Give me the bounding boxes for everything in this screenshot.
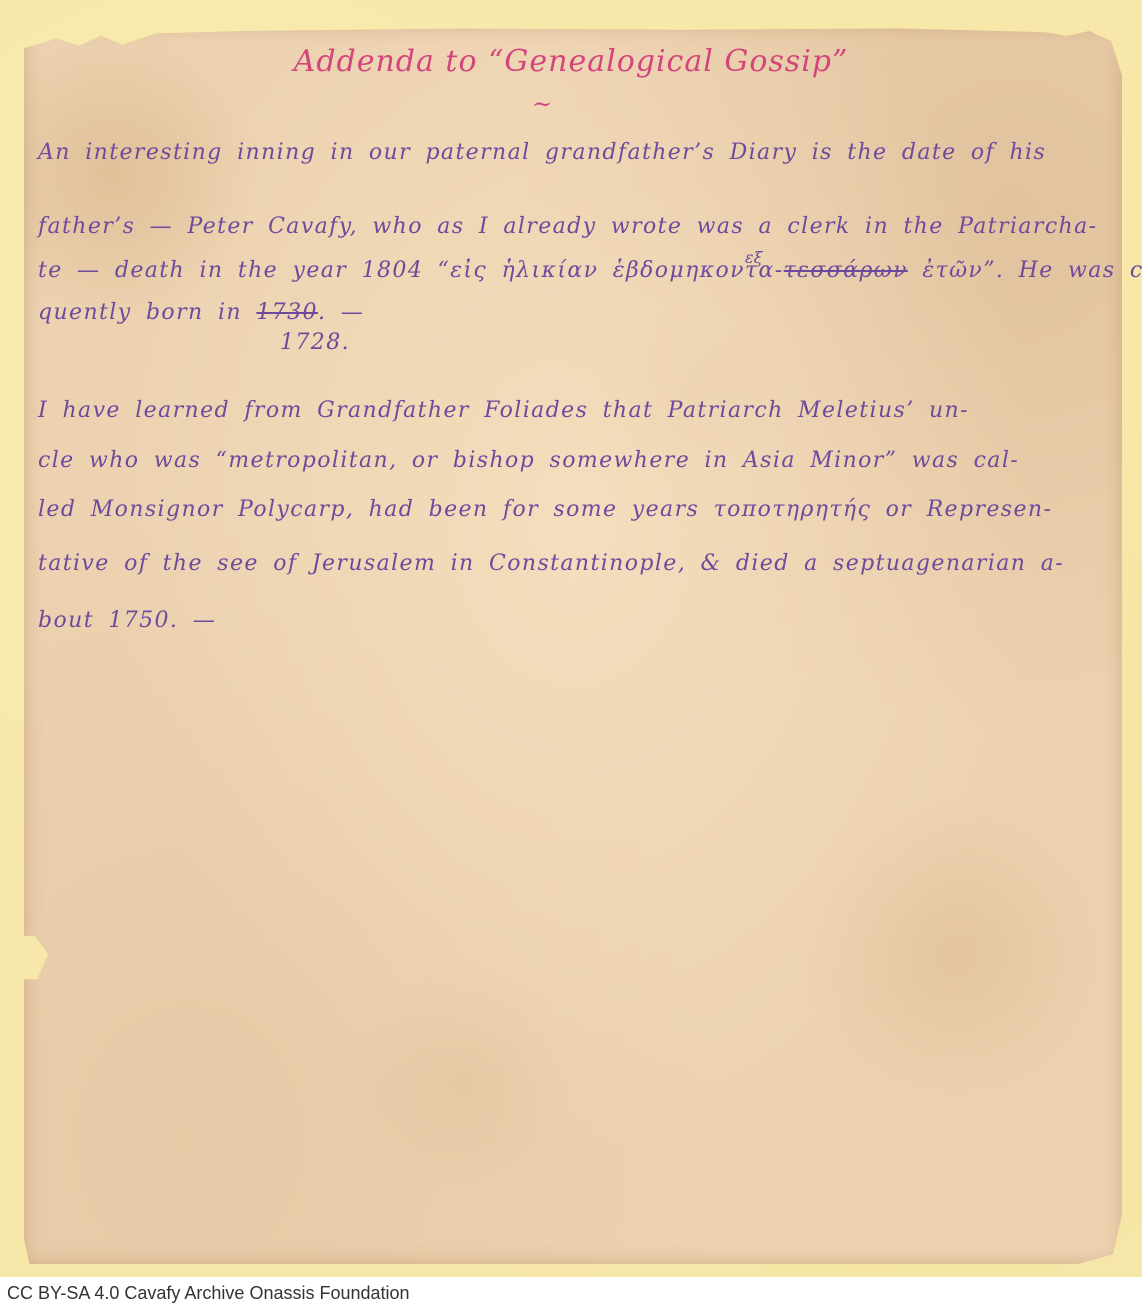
line4-end: . —	[318, 300, 364, 325]
title-ornament: ~	[532, 90, 552, 118]
greek-cancelled-word: τεσσάρων	[784, 258, 908, 283]
paragraph1-line3: te — death in the year 1804 “εἰς ἡλικίαν…	[38, 258, 1142, 283]
manuscript-title: Addenda to “Genealogical Gossip”	[0, 44, 1142, 79]
line3-end: ἐτῶν”. He was conse-	[922, 258, 1142, 283]
paragraph2-line5: bout 1750. —	[38, 608, 216, 633]
paragraph2-line1: I have learned from Grandfather Foliades…	[38, 398, 969, 423]
paragraph1-line2: father’s — Peter Cavafy, who as I alread…	[38, 214, 1097, 239]
paragraph2-line3: led Monsignor Polycarp, had been for som…	[38, 497, 1052, 522]
manuscript-sheet	[24, 26, 1122, 1264]
paragraph1-line1: An interesting inning in our paternal gr…	[38, 140, 1046, 165]
paragraph2-line4: tative of the see of Jerusalem in Consta…	[38, 551, 1064, 576]
line4-text: quently born in	[38, 300, 242, 325]
line3-text: te — death in the year 1804 “εἰς ἡλικίαν…	[38, 258, 784, 283]
paragraph2-line2: cle who was “metropolitan, or bishop som…	[38, 448, 1019, 473]
corrected-year: 1728.	[280, 330, 350, 355]
license-credit: CC BY-SA 4.0 Cavafy Archive Onassis Foun…	[7, 1283, 410, 1304]
cancelled-year: 1730	[256, 300, 318, 325]
paragraph1-line4: quently born in 1730. —	[38, 300, 364, 325]
